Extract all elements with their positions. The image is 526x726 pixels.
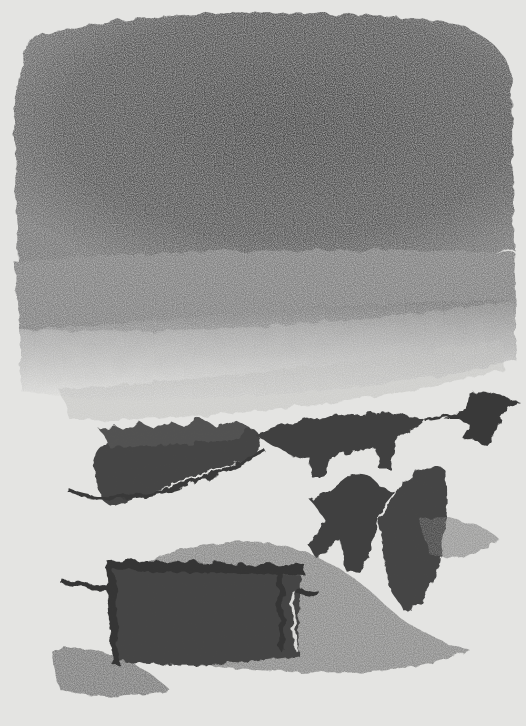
paper-grain xyxy=(0,0,526,726)
illustration-canvas xyxy=(0,0,526,726)
illustration xyxy=(0,0,526,726)
